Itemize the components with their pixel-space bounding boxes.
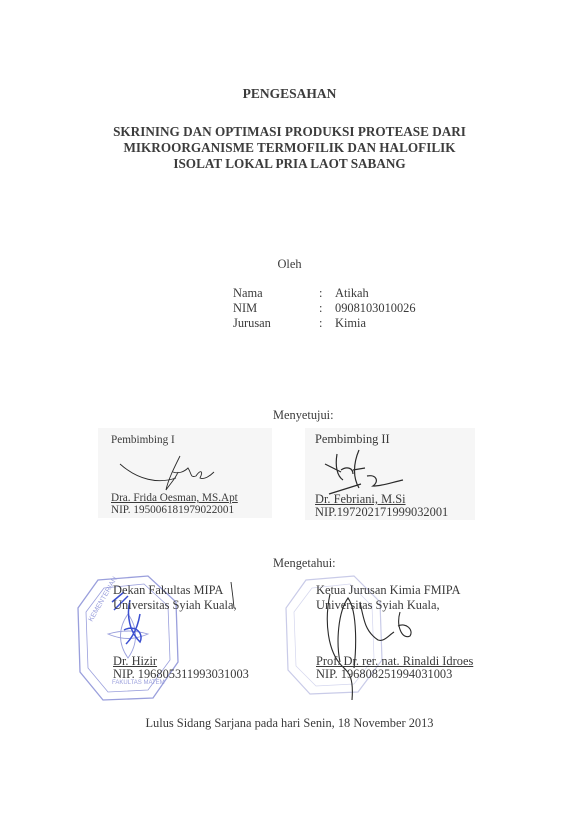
identity-label: NIM [233, 301, 257, 316]
official-1-role: Dekan Fakultas MIPA Universitas Syiah Ku… [113, 583, 237, 613]
supervisor-1-role: Pembimbing I [111, 434, 175, 447]
author-by-label: Oleh [0, 257, 579, 272]
supervisor-2-nip: NIP.197202171999032001 [315, 505, 448, 520]
thesis-title-line-3: ISOLAT LOKAL PRIA LAOT SABANG [0, 156, 579, 172]
identity-value: Kimia [335, 316, 366, 331]
identity-value: Atikah [335, 286, 369, 301]
supervisor-2-signature-block: Pembimbing II Dr. Febriani, M.Si NIP.197… [305, 428, 475, 520]
signature-4-icon [318, 592, 428, 702]
identity-label: Nama [233, 286, 263, 301]
supervisor-1-signature-block: Pembimbing I Dra. Frida Oesman, MS.Apt N… [98, 428, 272, 518]
acknowledged-label: Mengetahui: [273, 556, 336, 571]
official-1-role-line-1: Dekan Fakultas MIPA [113, 583, 237, 598]
supervisor-1-nip: NIP. 195006181979022001 [111, 504, 234, 517]
identity-separator: : [319, 286, 322, 301]
signature-1-icon [118, 450, 228, 495]
student-identity: Nama : Atikah NIM : 0908103010026 Jurusa… [233, 286, 433, 334]
thesis-title-line-1: SKRINING DAN OPTIMASI PRODUKSI PROTEASE … [0, 124, 579, 140]
page-heading: PENGESAHAN [0, 86, 579, 102]
official-2-nip: NIP. 196808251994031003 [316, 667, 452, 682]
official-1-nip: NIP. 196805311993031003 [113, 667, 249, 682]
thesis-title-line-2: MIKROORGANISME TERMOFILIK DAN HALOFILIK [0, 140, 579, 156]
identity-separator: : [319, 316, 322, 331]
signature-stroke-icon [228, 580, 238, 610]
thesis-title: SKRINING DAN OPTIMASI PRODUKSI PROTEASE … [0, 124, 579, 172]
identity-value: 0908103010026 [335, 301, 416, 316]
signature-2-icon [323, 448, 413, 496]
supervisor-2-role: Pembimbing II [315, 432, 390, 447]
graduation-note: Lulus Sidang Sarjana pada hari Senin, 18… [0, 716, 579, 731]
official-1-role-line-2: Universitas Syiah Kuala, [113, 598, 237, 613]
identity-separator: : [319, 301, 322, 316]
approved-label: Menyetujui: [273, 408, 334, 423]
identity-label: Jurusan [233, 316, 271, 331]
